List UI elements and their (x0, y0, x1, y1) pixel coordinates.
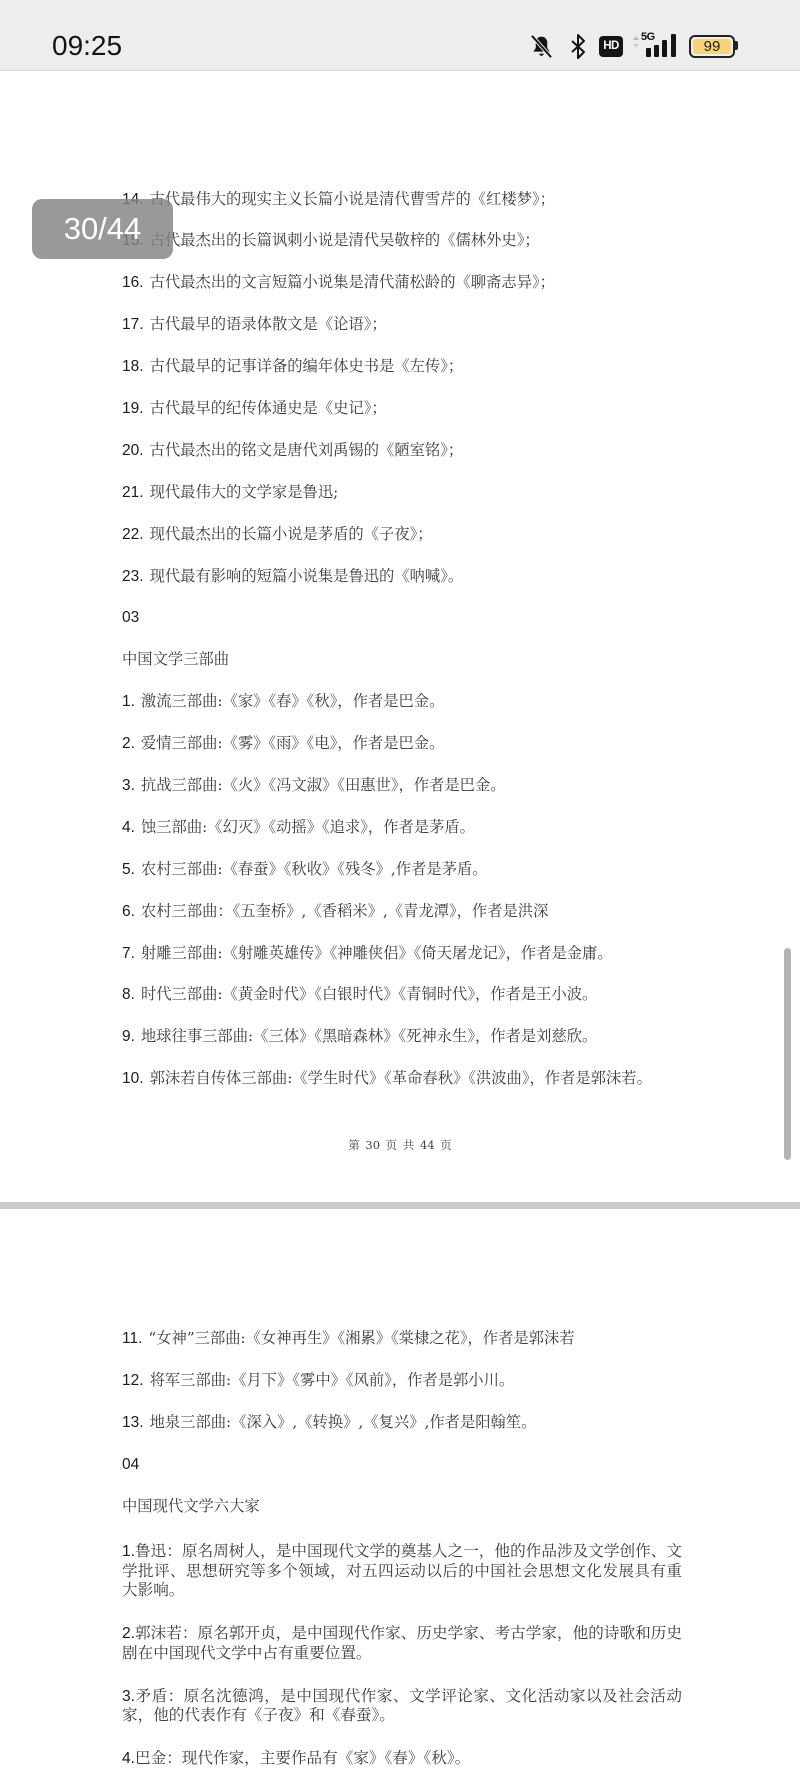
item-number: 16. (122, 274, 144, 291)
item-number: 4. (122, 819, 135, 836)
item-text: 地球往事三部曲:《三体》《黑暗森林》《死神永生》，作者是刘慈欣。 (141, 1027, 597, 1045)
section-number: 04 (122, 1444, 575, 1486)
list-item: 18.古代最早的记事详备的编年体史书是《左传》； (122, 346, 652, 388)
item-number: 5. (122, 861, 135, 878)
page-31-content: 11.“女神”三部曲:《女神再生》《湘累》《棠棣之花》，作者是郭沫若 12.将军… (122, 1318, 575, 1527)
list-item: 20.古代最杰出的铭文是唐代刘禹锡的《陋室铭》； (122, 430, 652, 472)
bluetooth-icon (569, 33, 587, 64)
item-text: 蚀三部曲:《幻灭》《动摇》《追求》，作者是茅盾。 (141, 818, 475, 836)
page-separator (0, 1202, 800, 1209)
item-text: 爱情三部曲:《雾》《雨》《电》，作者是巴金。 (141, 734, 444, 752)
list-item: 11.“女神”三部曲:《女神再生》《湘累》《棠棣之花》，作者是郭沫若 (122, 1318, 575, 1360)
list-item: 22.现代最杰出的长篇小说是茅盾的《子夜》； (122, 514, 652, 556)
item-text: 古代最早的纪传体通史是《史记》； (150, 399, 387, 417)
page-indicator-badge: 30/44 (32, 199, 173, 259)
paragraph-text: 郭沫若：原名郭开贞，是中国现代作家、历史学家、考古学家，他的诗歌和历史剧在中国现… (122, 1624, 682, 1662)
item-number: 18. (122, 358, 144, 375)
signal-bars-icon (646, 34, 677, 57)
item-text: 农村三部曲：《五奎桥》,《香稻米》,《青龙潭》，作者是洪深 (141, 902, 548, 920)
list-item: 7.射雕三部曲:《射雕英雄传》《神雕侠侣》《倚天屠龙记》，作者是金庸。 (122, 933, 652, 975)
battery-level: 99 (691, 37, 733, 56)
paragraph-text: 巴金：现代作家，主要作品有《家》《春》《秋》。 (135, 1749, 470, 1767)
item-text: 地泉三部曲:《深入》,《转换》,《复兴》,作者是阳翰笙。 (150, 1413, 537, 1431)
item-number: 6. (122, 903, 135, 920)
status-bar: 09:25 HD 5G 99 (0, 0, 800, 71)
item-number: 8. (122, 986, 135, 1003)
item-text: 农村三部曲:《春蚕》《秋收》《残冬》,作者是茅盾。 (141, 860, 488, 878)
paragraph: 1.鲁迅：原名周树人，是中国现代文学的奠基人之一，他的作品涉及文学创作、文学批评… (122, 1542, 682, 1601)
item-text: 现代最杰出的长篇小说是茅盾的《子夜》； (150, 525, 433, 543)
list-item: 12.将军三部曲:《月下》《雾中》《风前》，作者是郭小川。 (122, 1360, 575, 1402)
page-30-content: 14.古代最伟大的现实主义长篇小说是清代曹雪芹的《红楼梦》； 15.古代最杰出的… (122, 179, 652, 1101)
item-text: 现代最有影响的短篇小说集是鲁迅的《呐喊》。 (150, 567, 464, 585)
list-item: 16.古代最杰出的文言短篇小说集是清代蒲松龄的《聊斋志异》； (122, 262, 652, 304)
item-text: 古代最杰出的铭文是唐代刘禹锡的《陋室铭》； (150, 441, 464, 459)
item-number: 3. (122, 777, 135, 794)
item-number: 20. (122, 442, 144, 459)
hd-icon: HD (599, 36, 623, 57)
item-text: 古代最杰出的文言短篇小说集是清代蒲松龄的《聊斋志异》； (150, 273, 555, 291)
clock-time: 09:25 (52, 30, 122, 62)
list-item: 4.蚀三部曲:《幻灭》《动摇》《追求》，作者是茅盾。 (122, 807, 652, 849)
paragraph: 3.矛盾：原名沈德鸿，是中国现代作家、文学评论家、文化活动家以及社会活动家，他的… (122, 1687, 682, 1726)
item-number: 22. (122, 526, 144, 543)
list-item: 17.古代最早的语录体散文是《论语》； (122, 304, 652, 346)
item-number: 23. (122, 568, 144, 585)
list-item: 8.时代三部曲:《黄金时代》《白银时代》《青铜时代》，作者是王小波。 (122, 974, 652, 1016)
item-text: 古代最早的记事详备的编年体史书是《左传》； (150, 357, 464, 375)
item-number: 2. (122, 735, 135, 752)
section-heading: 中国文学三部曲 (122, 639, 652, 681)
item-number: 11. (122, 1330, 142, 1347)
list-item: 15.古代最杰出的长篇讽刺小说是清代吴敬梓的《儒林外史》； (122, 220, 652, 262)
item-text: 射雕三部曲:《射雕英雄传》《神雕侠侣》《倚天屠龙记》，作者是金庸。 (141, 944, 613, 962)
list-item: 13.地泉三部曲:《深入》,《转换》,《复兴》,作者是阳翰笙。 (122, 1402, 575, 1444)
battery-nub (735, 41, 738, 50)
list-item: 21.现代最伟大的文学家是鲁迅; (122, 472, 652, 514)
list-item: 6.农村三部曲：《五奎桥》,《香稻米》,《青龙潭》，作者是洪深 (122, 891, 652, 933)
paragraph-text: 鲁迅：原名周树人，是中国现代文学的奠基人之一，他的作品涉及文学创作、文学批评、思… (122, 1542, 682, 1599)
item-text: 将军三部曲:《月下》《雾中》《风前》，作者是郭小川。 (150, 1371, 515, 1389)
item-number: 19. (122, 400, 144, 417)
scrollbar-thumb[interactable] (784, 948, 791, 1160)
paragraph: 4.巴金：现代作家，主要作品有《家》《春》《秋》。 (122, 1749, 682, 1769)
list-item: 2.爱情三部曲:《雾》《雨》《电》，作者是巴金。 (122, 723, 652, 765)
list-item: 10.郭沫若自传体三部曲:《学生时代》《革命春秋》《洪波曲》，作者是郭沫若。 (122, 1058, 652, 1100)
item-text: 抗战三部曲:《火》《冯文淑》《田惠世》，作者是巴金。 (141, 776, 506, 794)
item-number: 1. (122, 693, 135, 710)
list-item: 23.现代最有影响的短篇小说集是鲁迅的《呐喊》。 (122, 556, 652, 598)
item-text: 古代最伟大的现实主义长篇小说是清代曹雪芹的《红楼梦》； (150, 190, 555, 208)
item-text: 古代最早的语录体散文是《论语》； (150, 315, 387, 333)
list-item: 9.地球往事三部曲:《三体》《黑暗森林》《死神永生》，作者是刘慈欣。 (122, 1016, 652, 1058)
paragraph-number: 3. (122, 1688, 135, 1705)
paragraph: 2.郭沫若：原名郭开贞，是中国现代作家、历史学家、考古学家，他的诗歌和历史剧在中… (122, 1624, 682, 1663)
list-item: 14.古代最伟大的现实主义长篇小说是清代曹雪芹的《红楼梦》； (122, 179, 652, 221)
item-text: “女神”三部曲:《女神再生》《湘累》《棠棣之花》，作者是郭沫若 (148, 1329, 574, 1347)
item-number: 12. (122, 1372, 144, 1389)
section-number: 03 (122, 597, 652, 639)
item-text: 古代最杰出的长篇讽刺小说是清代吴敬梓的《儒林外史》； (150, 231, 540, 249)
item-number: 10. (122, 1070, 144, 1087)
item-number: 17. (122, 316, 144, 333)
item-text: 激流三部曲:《家》《春》《秋》，作者是巴金。 (141, 692, 444, 710)
list-item: 3.抗战三部曲:《火》《冯文淑》《田惠世》，作者是巴金。 (122, 765, 652, 807)
paragraph-number: 1. (122, 1543, 135, 1560)
paragraph-number: 2. (122, 1625, 135, 1642)
item-number: 9. (122, 1028, 135, 1045)
paragraph-number: 4. (122, 1750, 135, 1767)
battery-icon: 99 (689, 35, 735, 58)
paragraph-text: 矛盾：原名沈德鸿，是中国现代作家、文学评论家、文化活动家以及社会活动家，他的代表… (122, 1687, 682, 1725)
item-text: 现代最伟大的文学家是鲁迅; (150, 483, 339, 501)
bell-off-icon (528, 33, 555, 64)
item-text: 时代三部曲:《黄金时代》《白银时代》《青铜时代》，作者是王小波。 (141, 985, 597, 1003)
network-arrows-icon (633, 33, 639, 52)
item-text: 郭沫若自传体三部曲:《学生时代》《革命春秋》《洪波曲》，作者是郭沫若。 (150, 1069, 652, 1087)
section-heading: 中国现代文学六大家 (122, 1486, 575, 1528)
section-04-paragraphs: 1.鲁迅：原名周树人，是中国现代文学的奠基人之一，他的作品涉及文学创作、文学批评… (122, 1542, 682, 1787)
item-number: 7. (122, 945, 135, 962)
page-footer: 第 30 页 共 44 页 (0, 1137, 800, 1153)
item-number: 13. (122, 1414, 144, 1431)
list-item: 5.农村三部曲:《春蚕》《秋收》《残冬》,作者是茅盾。 (122, 849, 652, 891)
list-item: 19.古代最早的纪传体通史是《史记》； (122, 388, 652, 430)
item-number: 21. (122, 484, 144, 501)
list-item: 1.激流三部曲:《家》《春》《秋》，作者是巴金。 (122, 681, 652, 723)
